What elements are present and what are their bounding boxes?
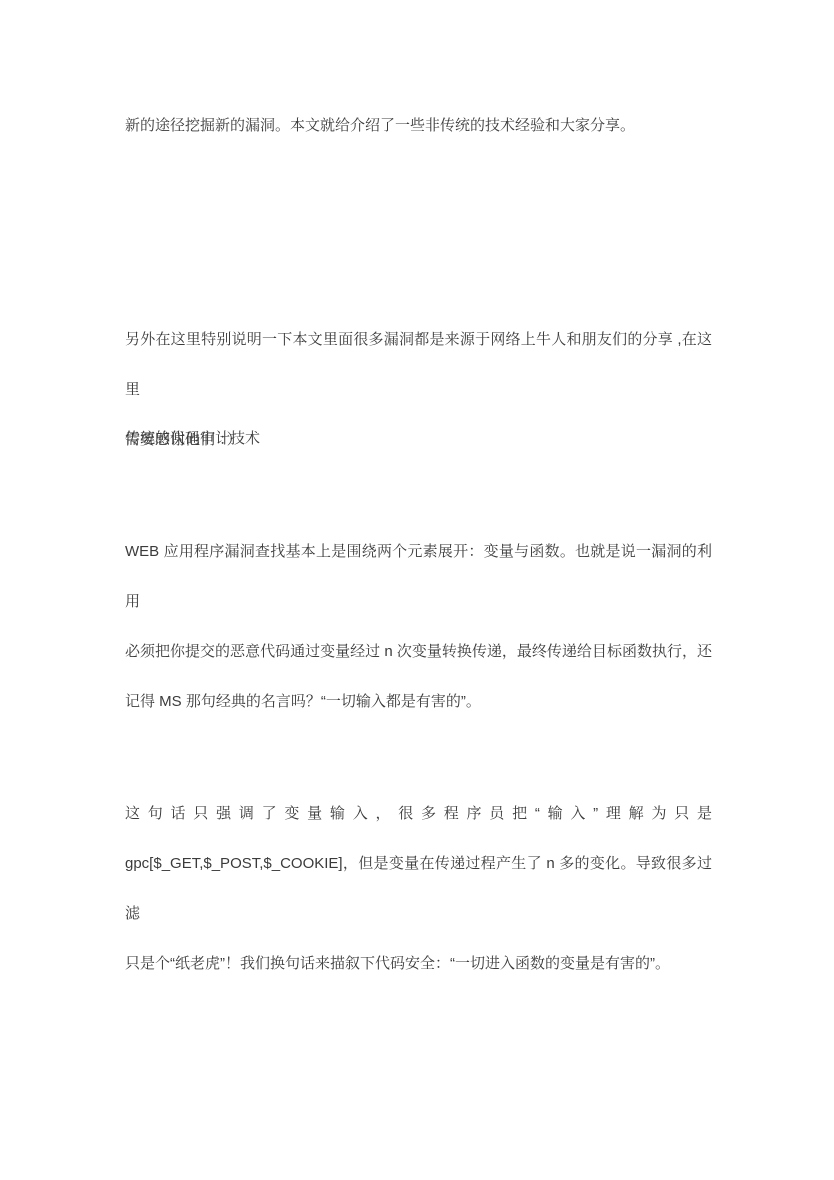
text-line: 必须把你提交的恶意代码通过变量经过 n 次变量转换传递，最终传递给目标函数执行，… bbox=[125, 627, 712, 677]
heading-text: 传统的代码审计技术 bbox=[125, 414, 712, 464]
paragraph-intro: 新的途径挖掘新的漏洞。本文就给介绍了一些非传统的技术经验和大家分享。 bbox=[125, 101, 712, 151]
text-line: gpc[$_GET,$_POST,$_COOKIE]，但是变量在传递过程产生了 … bbox=[125, 839, 712, 939]
text-line: 这句话只强调了变量输入，很多程序员把“输入”理解为只是 bbox=[125, 789, 712, 839]
text-line: 只是个“纸老虎”！我们换句话来描叙下代码安全：“一切进入函数的变量是有害的”。 bbox=[125, 939, 712, 989]
section-heading: 传统的代码审计技术 bbox=[125, 414, 712, 464]
text-line: 新的途径挖掘新的漏洞。本文就给介绍了一些非传统的技术经验和大家分享。 bbox=[125, 101, 712, 151]
paragraph-variables: 这句话只强调了变量输入，很多程序员把“输入”理解为只是 gpc[$_GET,$_… bbox=[125, 789, 712, 989]
document-page: 新的途径挖掘新的漏洞。本文就给介绍了一些非传统的技术经验和大家分享。 另外在这里… bbox=[0, 0, 834, 1180]
text-line: 另外在这里特别说明一下本文里面很多漏洞都是来源于网络上牛人和朋友们的分享 ,在这… bbox=[125, 315, 712, 415]
text-line: 记得 MS 那句经典的名言吗？“一切输入都是有害的”。 bbox=[125, 677, 712, 727]
paragraph-web-audit: WEB 应用程序漏洞查找基本上是围绕两个元素展开：变量与函数。也就是说一漏洞的利… bbox=[125, 527, 712, 727]
text-line: WEB 应用程序漏洞查找基本上是围绕两个元素展开：变量与函数。也就是说一漏洞的利… bbox=[125, 527, 712, 627]
